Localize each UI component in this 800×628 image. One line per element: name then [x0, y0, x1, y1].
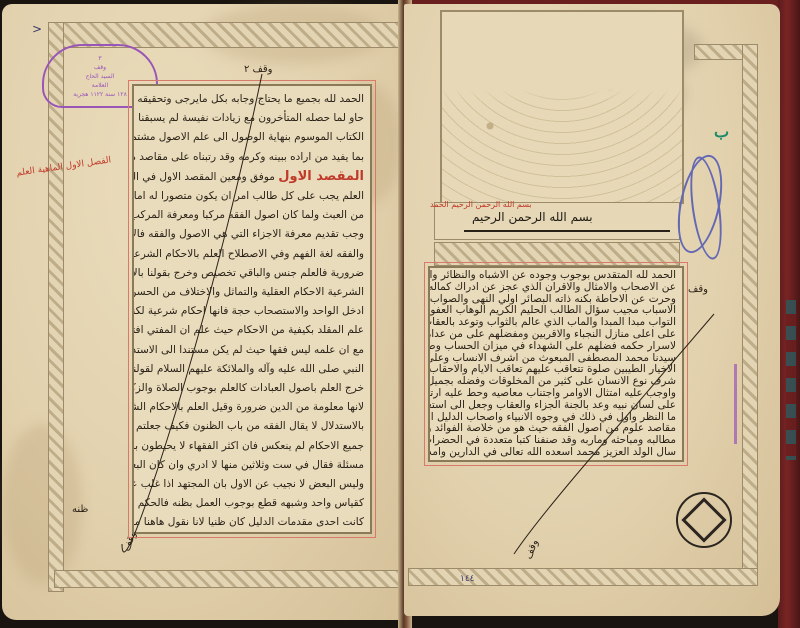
purple-ink-mark: [734, 364, 737, 444]
right-page: بسم الله الرحمن الرحيم بسم الله الرحمن ا…: [404, 4, 780, 616]
illuminated-headpiece: [440, 10, 684, 204]
decorative-band: [434, 242, 680, 266]
bottom-vine-border: [54, 570, 406, 588]
folio-number: ١٤٤: [460, 574, 475, 584]
red-basmala-note: بسم الله الرحمن الرحيم الحمد: [430, 200, 532, 209]
diagonal-pen-stroke: [112, 64, 272, 564]
corner-mark: <: [32, 22, 42, 36]
basmala-text: بسم الله الرحمن الرحيم: [472, 210, 593, 224]
text-line: عن الاصحاب والامثال والاقران الذي عجز عن…: [430, 282, 682, 294]
manuscript-spread: < ٣ وقف السيد الحاج العلامة ١٢٨ سنة ١١٢٢…: [0, 0, 800, 628]
right-vine-border: [742, 44, 758, 580]
cover-edge-right: [778, 0, 800, 628]
green-ink-mark: ب: [714, 122, 729, 141]
diagonal-pen-stroke-right: [504, 304, 724, 564]
left-page: < ٣ وقف السيد الحاج العلامة ١٢٨ سنة ١١٢٢…: [2, 4, 408, 620]
basmala-underline: [464, 230, 670, 232]
bottom-margin-note: ظنه: [72, 504, 88, 515]
text-line: الحمد لله المتقدس بوجوب وجوده عن الاشباه…: [430, 270, 682, 282]
waqf-side-note: وقف: [688, 284, 708, 295]
section-heading: المقصد الاول: [278, 169, 364, 184]
